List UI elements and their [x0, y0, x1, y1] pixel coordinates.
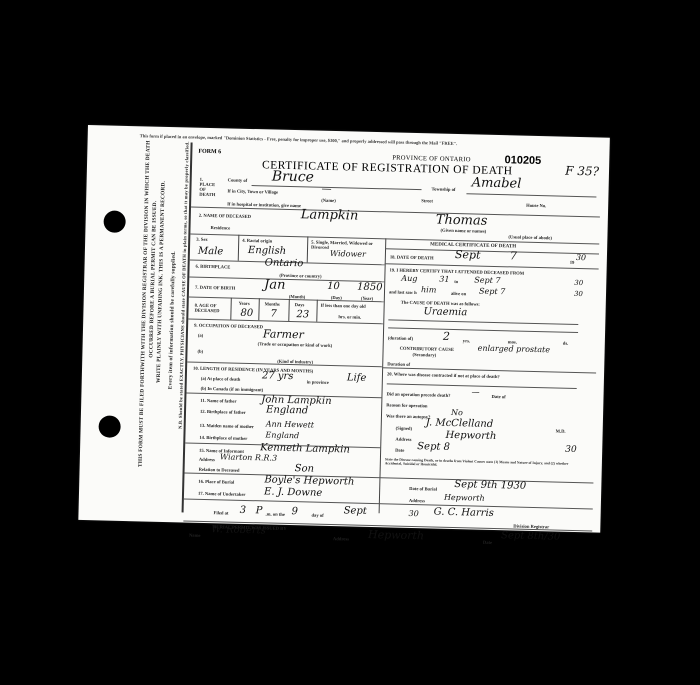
- informant-address-value: Wiarton R.R.3: [220, 452, 277, 462]
- township-value: Amabel: [472, 175, 522, 191]
- mother-birthplace-value: England: [265, 430, 299, 440]
- corner-mark: F 35?: [565, 164, 599, 179]
- dob-month: Jan: [264, 277, 286, 293]
- dob-year: 1850: [357, 282, 383, 294]
- contributory-label: CONTRIBUTORY CAUSE: [400, 346, 454, 352]
- attended-year: 30: [574, 279, 583, 287]
- residence-label: Residence: [210, 225, 230, 230]
- informant-address-label: Address: [199, 457, 215, 462]
- father-birthplace-value: England: [266, 404, 308, 416]
- duration-value: 2: [443, 330, 450, 343]
- md-label: M.D.: [556, 429, 566, 434]
- registrar-signature: G. C. Harris: [434, 507, 494, 519]
- dob-day: 10: [327, 281, 340, 292]
- death-month: Sept: [455, 248, 481, 262]
- date-signed-value: Sept 8: [417, 441, 450, 453]
- operation-value: —: [471, 387, 479, 396]
- death-year: 30: [576, 253, 586, 262]
- less-than-day-label: If less than one day old: [321, 303, 366, 309]
- occupation-sub: (Trade or occupation or kind of work): [258, 341, 333, 348]
- attended-to: Sept 7: [474, 275, 500, 285]
- relation-value: Son: [295, 463, 315, 474]
- burial-date-label: Date of Burial: [409, 486, 437, 492]
- sex-value: Male: [198, 246, 224, 258]
- filed-time: 3: [239, 505, 246, 516]
- relation-label: Relation to Deceased: [199, 467, 240, 473]
- last-saw-value: him: [421, 285, 437, 294]
- undertaker-label: 17. Name of Undertaker: [198, 491, 246, 497]
- attended-from: Aug: [401, 274, 417, 283]
- undertaker-address-label: Address: [409, 498, 425, 503]
- ds-label: ds.: [563, 341, 569, 346]
- cause-label: The CAUSE OF DEATH was as follows:: [401, 300, 480, 307]
- burial-place-label: 16. Place of Burial: [198, 479, 234, 485]
- death-year-prefix: 19: [570, 260, 575, 265]
- filed-ampm: P: [255, 505, 262, 516]
- given-sub: (Given name or names): [440, 228, 486, 234]
- date-signed-year: 30: [565, 445, 577, 455]
- race-label: 4. Racial origin: [242, 238, 272, 244]
- city-value: —: [321, 184, 331, 195]
- permit-address-label: Address: [333, 536, 349, 541]
- death-day: 7: [510, 249, 517, 262]
- filed-month: Sept: [344, 505, 367, 517]
- occupation-b: (b): [197, 349, 203, 354]
- filed-label: Filed at: [214, 510, 229, 515]
- in-province-value: Life: [347, 372, 367, 383]
- county-value: Bruce: [272, 169, 315, 186]
- in-canada-label: (b) In Canada (if an immigrant): [201, 386, 264, 393]
- reason-label: Reason for operation: [386, 402, 427, 408]
- contributory-sub: (Secondary): [412, 352, 436, 358]
- street-label: Street: [421, 198, 433, 203]
- duration-label: (duration of): [388, 335, 413, 341]
- alive-on-label: alive on: [451, 291, 466, 296]
- to-label: to: [454, 279, 458, 284]
- name-label: 2. NAME OF DECEASED: [199, 213, 251, 219]
- birthplace-label: 6. BIRTHPLACE: [196, 264, 231, 270]
- operation-label: Did an operation precede death?: [386, 391, 450, 398]
- autopsy-label: Was there an autopsy?: [386, 413, 431, 419]
- undertaker-address-value: Hepworth: [444, 493, 485, 503]
- mother-value: Ann Hewett: [266, 419, 315, 429]
- occupation-label: 9. OCCUPATION OF DECEASED: [194, 323, 263, 330]
- yrs-label: yrs.: [463, 338, 470, 343]
- occupation-a: (a): [198, 333, 203, 338]
- death-certificate-page: THIS FORM MUST BE FILED FORTHWITH WITH T…: [78, 125, 609, 533]
- burial-date-value: Sept 9th 1930: [454, 479, 526, 492]
- filed-m-label: .m. on the: [265, 511, 285, 516]
- form-number: FORM 6: [198, 149, 221, 156]
- years-label: Years: [239, 301, 250, 306]
- filed-year: 30: [408, 509, 418, 518]
- township-label: Township of: [431, 186, 455, 192]
- alive-year: 30: [574, 290, 583, 298]
- signed-label: (Signed): [396, 426, 412, 431]
- city-label: If in City, Town or Village: [227, 188, 278, 194]
- undertaker-value: E. J. Downe: [264, 486, 322, 498]
- medical-footnote: State the Disease causing Death, or in d…: [385, 457, 585, 470]
- at-place-label: (a) At place of death: [201, 376, 241, 382]
- age-label: 8. AGE OF DECEASED: [194, 303, 228, 314]
- house-label: House No.: [526, 203, 546, 208]
- age-years: 80: [240, 308, 253, 319]
- permit-address-value: Hepworth: [368, 528, 424, 542]
- date-signed-label: Date: [395, 448, 404, 453]
- side-notice-line: Every item of information should be care…: [168, 251, 178, 389]
- last-saw-label: and last saw h: [389, 289, 417, 295]
- contributory-value: enlarged prostate: [478, 344, 551, 355]
- physician-address-label: Address: [395, 437, 411, 442]
- alive-on-value: Sept 7: [479, 287, 505, 297]
- name-sub: (Name): [321, 198, 336, 203]
- hrs-min-label: hrs. or min.: [338, 314, 361, 320]
- mother-label: 13. Maiden name of mother: [200, 423, 254, 429]
- months-label: Months: [265, 301, 280, 306]
- occupation-value: Farmer: [263, 327, 304, 341]
- permit-name-value: W. Roberts: [211, 524, 266, 536]
- date-of-death-label: 18. DATE OF DEATH: [390, 254, 434, 260]
- autopsy-value: No: [451, 408, 463, 417]
- days-label: Days: [295, 302, 305, 307]
- where-contracted-label: 20. Where was disease contracted if not …: [387, 371, 500, 379]
- father-birthplace-label: 12. Birthplace of father: [200, 409, 246, 415]
- in-province-label: in province: [307, 379, 329, 385]
- permit-date-value: Sept 8th/30: [501, 530, 561, 542]
- race-value: English: [248, 245, 286, 257]
- sex-label: 3. Sex: [196, 237, 208, 242]
- duration2-label: Duration of: [387, 361, 410, 367]
- day-of-label: day of: [311, 513, 323, 518]
- op-date-label: Date of: [491, 394, 505, 399]
- place-of-death-label: 1. PLACE OF DEATH: [199, 177, 219, 197]
- father-label: 11. Name of father: [200, 398, 236, 404]
- physician-address-value: Hepworth: [445, 430, 496, 442]
- permit-date-label: Date: [483, 540, 492, 545]
- permit-name-label: Name: [189, 533, 201, 538]
- surname-value: Lampkin: [301, 207, 359, 223]
- certificate-form: FORM 6 PROVINCE OF ONTARIO 010205 F 35? …: [182, 143, 602, 523]
- age-months: 7: [270, 309, 277, 320]
- age-days: 23: [296, 309, 309, 320]
- burial-place-value: Boyle's Hepworth: [264, 474, 354, 487]
- mother-birthplace-label: 14. Birthplace of mother: [199, 435, 247, 441]
- county-label: County of: [228, 177, 248, 182]
- residence-length-label: 10. LENGTH OF RESIDENCE (in years and mo…: [193, 366, 313, 374]
- birthplace-value: Ontario: [265, 257, 304, 269]
- cause-value: Uraemia: [423, 306, 467, 318]
- at-place-value: 27 yrs: [262, 370, 294, 382]
- attended-from-day: 31: [439, 275, 449, 284]
- filed-day: 9: [291, 506, 298, 517]
- marital-value: Widower: [330, 249, 366, 259]
- given-name-value: Thomas: [436, 213, 488, 229]
- signed-value: J. McClelland: [426, 417, 494, 430]
- dob-label: 7. DATE OF BIRTH: [195, 285, 235, 291]
- usual-place-label: (Usual place of abode): [508, 234, 552, 240]
